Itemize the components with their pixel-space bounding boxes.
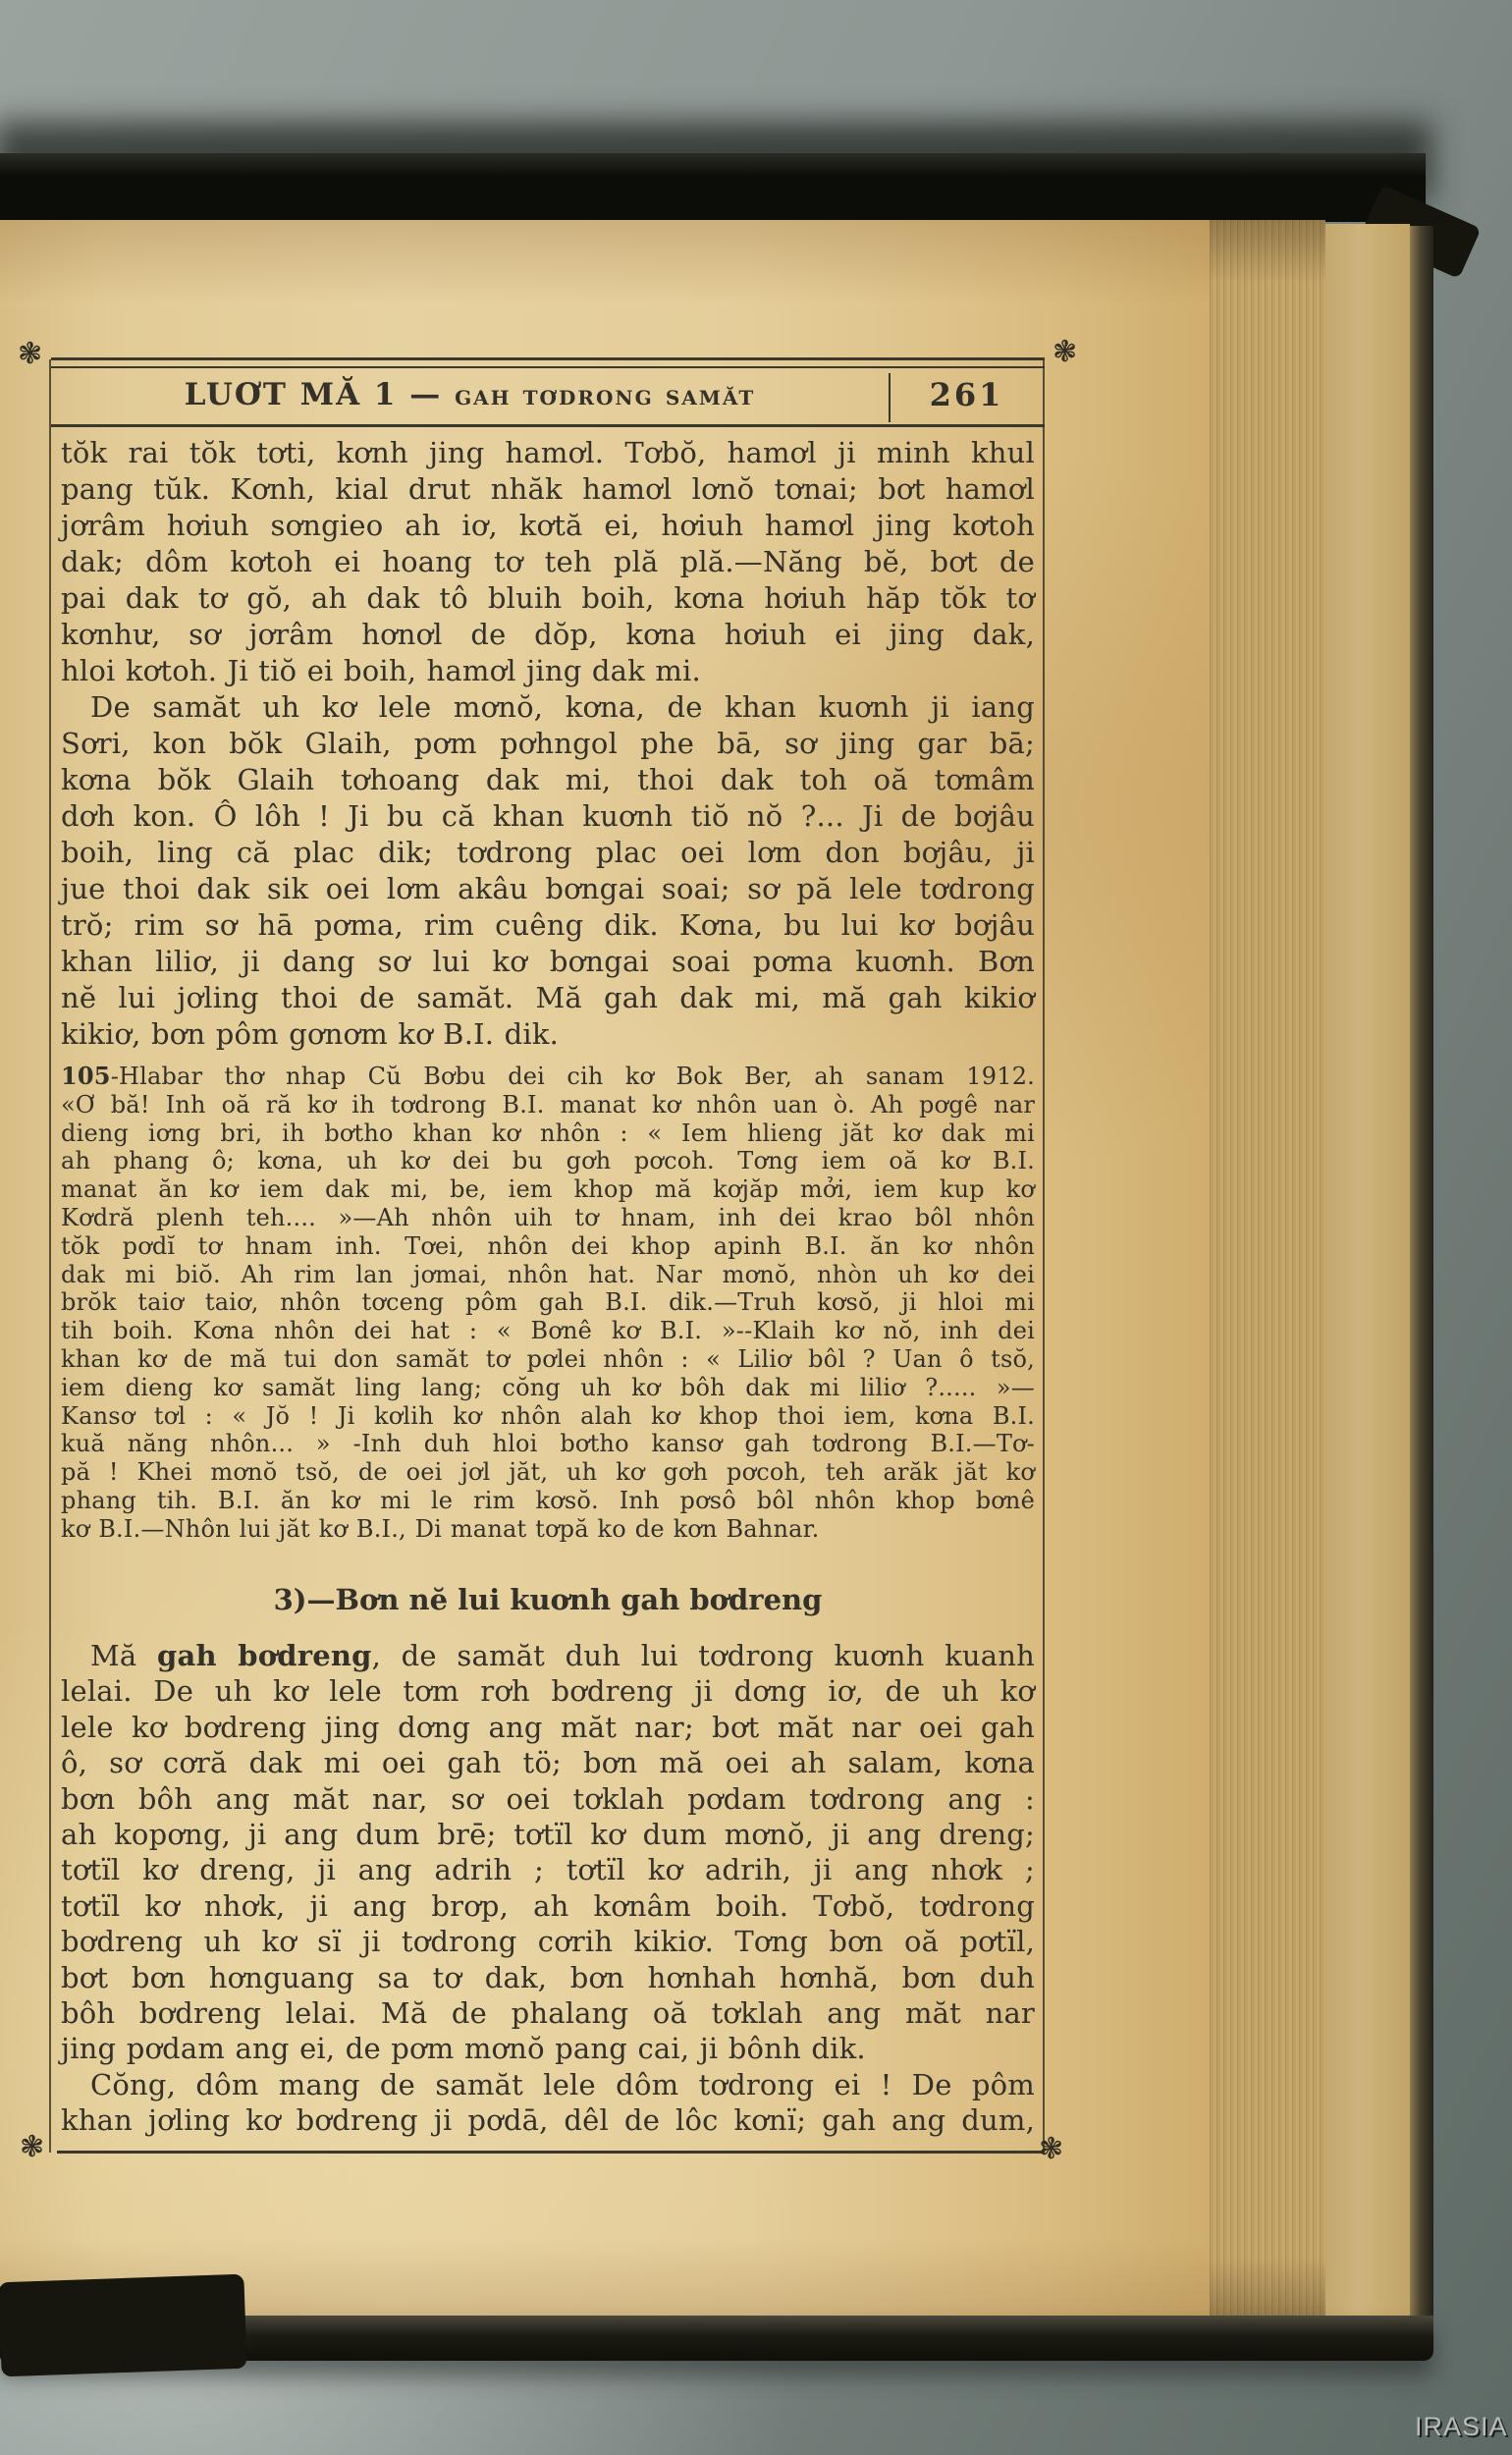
text-line: pang tŭk. Kơnh, kial drut nhăk hamơl lơn… <box>61 471 1035 508</box>
book-cover-bottom-left-corner <box>0 2274 247 2377</box>
text-line: iem dieng kơ samăt ling lang; cŏng uh kơ… <box>61 1374 1035 1402</box>
text-line: kikiơ, bơn pôm gơnơm kơ B.I. dik. <box>61 1016 1035 1053</box>
running-header-chapter: LUƠT MĂ 1 <box>185 377 398 412</box>
text-line: Kơdră plenh teh.... »—Ah nhôn uih tơ hna… <box>61 1204 1035 1232</box>
text-line: 105-Hlabar thơ nhap Cŭ Bơbu dei cih kơ B… <box>61 1063 1035 1091</box>
text-line: kơna bŏk Glaih tơhoang dak mi, thoi dak … <box>61 762 1035 798</box>
frame-left-rule <box>49 359 51 2153</box>
flower-ornament-icon: ❃ <box>18 340 42 369</box>
main-paragraphs: tŏk rai tŏk tơti, kơnh jing hamơl. Tơbŏ,… <box>61 435 1035 1053</box>
text-line: bơt bơn hơnguang sa tơ dak, bơn hơnhah h… <box>61 1960 1035 1995</box>
text-line: bôh bơdreng lelai. Mă de phalang oă tơkl… <box>61 1995 1035 2031</box>
flower-ornament-icon: ❃ <box>1039 2135 1063 2164</box>
text-line: lele kơ bơdreng jing dơng ang măt nar; b… <box>61 1710 1035 1745</box>
text-line: «Ơ bă! Inh oă ră kơ ih tơdrong B.I. mana… <box>61 1091 1035 1119</box>
book-fore-edge-shadow <box>1410 226 1433 2329</box>
book-fore-edge-cover <box>1325 224 1410 2325</box>
flower-ornament-icon: ❃ <box>20 2133 44 2162</box>
text-line: dak mi biŏ. Ah rim lan jơmai, nhôn hat. … <box>61 1261 1035 1289</box>
footnote-block: 105-Hlabar thơ nhap Cŭ Bơbu dei cih kơ B… <box>61 1063 1035 1544</box>
text-line: nĕ lui jơling thoi de samăt. Mă gah dak … <box>61 980 1035 1016</box>
text-line: phang tih. B.I. ăn kơ mi le rim kơsŏ. In… <box>61 1487 1035 1515</box>
running-header: LUƠT MĂ 1 — Gah tơdrong samăt <box>51 377 889 412</box>
frame-header-rule <box>51 424 1045 427</box>
frame-bottom-rule <box>57 2151 1045 2154</box>
frame-top-rule <box>51 357 1045 368</box>
text-line: tơtïl kơ nhơk, ji ang brơp, ah kơnâm boi… <box>61 1888 1035 1924</box>
text-line: khan liliơ, ji dang sơ lui kơ bơngai soa… <box>61 944 1035 980</box>
text-line: tih boih. Kơna nhôn dei hat : « Bơnê kơ … <box>61 1317 1035 1345</box>
text-line: kơnhư, sơ jơrâm hơnơl de dŏp, kơna hơiuh… <box>61 617 1035 653</box>
irasia-watermark: IRASIA <box>1415 2412 1508 2442</box>
text-line: tŏk rai tŏk tơti, kơnh jing hamơl. Tơbŏ,… <box>61 435 1035 471</box>
scanned-book-page: { "colors": { "paper": "#e3cc97", "ink":… <box>0 0 1512 2455</box>
flower-ornament-icon: ❃ <box>1053 338 1077 367</box>
text-line: lelai. De uh kơ lele tơm rơh bơdreng ji … <box>61 1673 1035 1709</box>
text-line: tơtïl kơ dreng, ji ang adrih ; tơtïl kơ … <box>61 1852 1035 1887</box>
text-line: jơrâm hơiuh sơngieo ah iơ, kơtă ei, hơiu… <box>61 508 1035 544</box>
text-line: trŏ; rim sơ hā pơma, rim cuêng dik. Kơna… <box>61 907 1035 944</box>
text-line: dơh kon. Ô lôh ! Ji bu că khan kuơnh tiŏ… <box>61 798 1035 835</box>
text-line: hloi kơtoh. Ji tiŏ ei boih, hamơl jing d… <box>61 653 1035 689</box>
page-number: 261 <box>891 376 1043 413</box>
text-line: dieng iơng bri, ih bơtho khan kơ nhôn : … <box>61 1119 1035 1148</box>
section-paragraphs: Mă gah bơdreng, de samăt duh lui tơdrong… <box>61 1638 1035 2139</box>
text-line: Kansơ tơl : « Jŏ ! Ji kơlih kơ nhôn alah… <box>61 1402 1035 1431</box>
text-line: dak; dôm kơtoh ei hoang tơ teh plă plă.—… <box>61 544 1035 580</box>
text-line: ô, sơ cơră dak mi oei gah tö; bơn mă oei… <box>61 1745 1035 1780</box>
running-header-section: Gah tơdrong samăt <box>455 378 755 411</box>
text-line: khan kơ de mă tui don samăt tơ pơlei nhô… <box>61 1345 1035 1374</box>
text-line: kơ B.I.—Nhôn lui jăt kơ B.I., Di manat t… <box>61 1515 1035 1544</box>
book-cover-top-edge <box>0 153 1426 222</box>
text-line: brŏk taiơ taiơ, nhôn tơceng pôm gah B.I.… <box>61 1288 1035 1317</box>
text-line: kuă năng nhôn... » -Inh duh hloi bơtho k… <box>61 1430 1035 1458</box>
text-line: tŏk pơdĭ tơ hnam inh. Tơei, nhôn dei kho… <box>61 1232 1035 1261</box>
text-line: Cŏng, dôm mang de samăt lele dôm tơdrong… <box>61 2067 1035 2102</box>
text-line: jue thoi dak sik oei lơm akâu bơngai soa… <box>61 871 1035 907</box>
section-heading: 3)—Bơn nĕ lui kuơnh gah bơdreng <box>61 1583 1035 1616</box>
text-line: khan jơling kơ bơdreng ji pơdā, dêl de l… <box>61 2102 1035 2138</box>
running-header-separator: — <box>409 377 442 412</box>
text-line: Mă gah bơdreng, de samăt duh lui tơdrong… <box>61 1638 1035 1673</box>
text-line: pă ! Khei mơnŏ tsŏ, de oei jơl jăt, uh k… <box>61 1458 1035 1487</box>
text-line: jing pơdam ang ei, de pơm mơnŏ pang cai,… <box>61 2031 1035 2066</box>
text-line: boih, ling că plac dik; tơdrong plac oei… <box>61 835 1035 871</box>
frame-right-rule <box>1043 359 1045 2153</box>
text-line: Sơri, kon bŏk Glaih, pơm pơhngol phe bā,… <box>61 726 1035 762</box>
text-line: bơdreng uh kơ sï ji tơdrong cơrih kikiơ.… <box>61 1924 1035 1959</box>
text-line: bơn bôh ang măt nar, sơ oei tơklah pơdam… <box>61 1781 1035 1817</box>
text-line: manat ăn kơ iem dak mi, be, iem khop mă … <box>61 1175 1035 1204</box>
text-line: De samăt uh kơ lele mơnŏ, kơna, de khan … <box>61 689 1035 726</box>
text-line: ah kopơng, ji ang dum brē; tơtïl kơ dum … <box>61 1817 1035 1852</box>
text-line: ah phang ô; kơna, uh kơ dei bu gơh pơcoh… <box>61 1147 1035 1175</box>
text-line: pai dak tơ gŏ, ah dak tô bluih boih, kơn… <box>61 580 1035 617</box>
